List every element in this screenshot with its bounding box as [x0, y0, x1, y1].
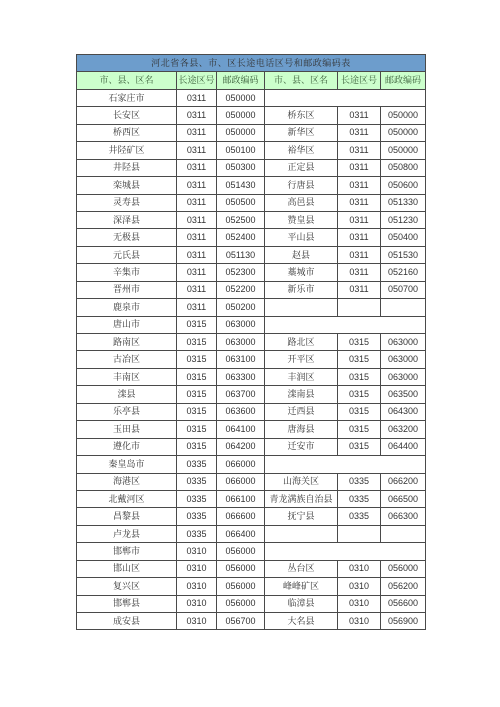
table-row: 鹿泉市0311050200 [77, 299, 426, 316]
area-code-cell: 0310 [338, 578, 381, 595]
postal-code-cell: 056000 [217, 595, 265, 612]
area-code-cell: 0315 [338, 386, 381, 403]
area-code-cell: 0311 [177, 124, 217, 141]
name-cell: 行唐县 [265, 177, 338, 194]
area-code-cell: 0335 [338, 473, 381, 490]
name-cell: 桥东区 [265, 107, 338, 124]
name-cell: 灵寿县 [77, 194, 177, 211]
name-cell: 邯郸市 [77, 543, 177, 560]
postal-code-cell: 050200 [217, 299, 265, 316]
merged-empty-cell [265, 543, 426, 560]
name-cell: 唐海县 [265, 421, 338, 438]
table-title: 河北省各县、市、区长途电话区号和邮政编码表 [77, 55, 426, 72]
table-row: 无极县0311052400平山县0311050400 [77, 229, 426, 246]
area-code-cell: 0310 [177, 560, 217, 577]
postal-code-cell: 050600 [381, 177, 426, 194]
table-row: 路南区0315063000路北区0315063000 [77, 334, 426, 351]
table-row: 海港区0335066000山海关区0335066200 [77, 473, 426, 490]
area-code-cell: 0311 [338, 177, 381, 194]
postal-code-cell: 066000 [217, 473, 265, 490]
name-cell: 遵化市 [77, 438, 177, 455]
postal-code-cell: 063000 [381, 334, 426, 351]
merged-empty-cell [265, 456, 426, 473]
area-code-cell: 0311 [177, 107, 217, 124]
name-cell: 无极县 [77, 229, 177, 246]
area-code-cell: 0335 [338, 490, 381, 507]
city-section-row: 石家庄市0311050000 [77, 89, 426, 106]
table-row: 北戴河区0335066100青龙满族自治县0335066500 [77, 490, 426, 507]
postal-code-cell: 056000 [217, 543, 265, 560]
merged-empty-cell [265, 89, 426, 106]
postal-code-cell: 050000 [217, 89, 265, 106]
name-cell: 赞皇县 [265, 211, 338, 228]
table-row: 玉田县0315064100唐海县0315063200 [77, 421, 426, 438]
area-code-cell: 0310 [177, 543, 217, 560]
name-cell: 正定县 [265, 159, 338, 176]
postal-code-cell: 056900 [381, 613, 426, 630]
name-cell: 井陉矿区 [77, 142, 177, 159]
name-cell: 成安县 [77, 613, 177, 630]
table-row: 灵寿县0311050500高邑县0311051330 [77, 194, 426, 211]
document-page: 河北省各县、市、区长途电话区号和邮政编码表 市、县、区名 长途区号 邮政编码 市… [0, 0, 500, 707]
postal-code-cell: 063000 [217, 334, 265, 351]
postal-code-cell: 063700 [217, 386, 265, 403]
name-cell: 路南区 [77, 334, 177, 351]
name-cell: 栾城县 [77, 177, 177, 194]
postal-code-cell: 066000 [217, 456, 265, 473]
area-code-cell: 0311 [338, 211, 381, 228]
name-cell: 卢龙县 [77, 525, 177, 542]
table-row: 滦县0315063700滦南县0315063500 [77, 386, 426, 403]
postal-code-cell: 056000 [217, 560, 265, 577]
table-row: 邯郸县0310056000临漳县0310056600 [77, 595, 426, 612]
table-row: 成安县0310056700大名县0310056900 [77, 613, 426, 630]
postal-code-cell: 066300 [381, 508, 426, 525]
city-section-row: 邯郸市0310056000 [77, 543, 426, 560]
city-section-row: 唐山市0315063000 [77, 316, 426, 333]
table-row: 古冶区0315063100开平区0315063000 [77, 351, 426, 368]
area-code-cell: 0315 [177, 403, 217, 420]
name-cell: 滦南县 [265, 386, 338, 403]
name-cell: 石家庄市 [77, 89, 177, 106]
name-cell: 滦县 [77, 386, 177, 403]
name-cell: 藁城市 [265, 264, 338, 281]
table-row: 遵化市0315064200迁安市0315064400 [77, 438, 426, 455]
name-cell: 裕华区 [265, 142, 338, 159]
area-code-cell: 0315 [338, 334, 381, 351]
area-code-cell: 0310 [177, 578, 217, 595]
area-code-cell: 0311 [338, 281, 381, 298]
name-cell: 辛集市 [77, 264, 177, 281]
area-code-cell: 0310 [338, 560, 381, 577]
table-row: 晋州市0311052200新乐市0311050700 [77, 281, 426, 298]
name-cell: 新乐市 [265, 281, 338, 298]
area-code-cell: 0315 [177, 334, 217, 351]
area-code-cell: 0311 [177, 281, 217, 298]
name-cell: 赵县 [265, 246, 338, 263]
postal-code-cell: 050100 [217, 142, 265, 159]
postal-code-cell: 066500 [381, 490, 426, 507]
area-code-cell: 0311 [177, 194, 217, 211]
postal-code-cell: 051230 [381, 211, 426, 228]
postal-code-cell: 063000 [381, 368, 426, 385]
name-cell: 鹿泉市 [77, 299, 177, 316]
area-code-cell: 0315 [338, 403, 381, 420]
postal-code-cell: 051430 [217, 177, 265, 194]
name-cell: 抚宁县 [265, 508, 338, 525]
area-code-cell: 0335 [177, 456, 217, 473]
area-code-cell: 0315 [177, 421, 217, 438]
name-cell: 峰峰矿区 [265, 578, 338, 595]
postal-code-cell: 056700 [217, 613, 265, 630]
area-code-cell: 0311 [177, 264, 217, 281]
name-cell: 秦皇岛市 [77, 456, 177, 473]
postal-code-cell: 050500 [217, 194, 265, 211]
postal-code-cell: 066100 [217, 490, 265, 507]
area-code-cell: 0311 [338, 142, 381, 159]
name-cell: 丰润区 [265, 368, 338, 385]
area-code-cell: 0311 [177, 159, 217, 176]
table-row: 深泽县0311052500赞皇县0311051230 [77, 211, 426, 228]
name-cell: 晋州市 [77, 281, 177, 298]
postal-code-cell: 063100 [217, 351, 265, 368]
postal-code-cell: 050700 [381, 281, 426, 298]
area-code-cell: 0315 [338, 438, 381, 455]
area-code-cell: 0315 [338, 351, 381, 368]
name-cell [265, 525, 338, 542]
area-code-cell: 0310 [338, 613, 381, 630]
area-code-cell: 0310 [338, 595, 381, 612]
area-code-cell: 0335 [177, 525, 217, 542]
name-cell: 丰南区 [77, 368, 177, 385]
area-code-cell: 0311 [177, 211, 217, 228]
table-row: 井陉县0311050300正定县0311050800 [77, 159, 426, 176]
table-row: 乐亭县0315063600迁西县0315064300 [77, 403, 426, 420]
name-cell: 深泽县 [77, 211, 177, 228]
table-title-row: 河北省各县、市、区长途电话区号和邮政编码表 [77, 55, 426, 72]
name-cell: 乐亭县 [77, 403, 177, 420]
postal-code-cell: 063500 [381, 386, 426, 403]
area-code-cell: 0335 [177, 473, 217, 490]
postal-code-cell: 051130 [217, 246, 265, 263]
postal-code-cell: 056000 [217, 578, 265, 595]
header-postal-right: 邮政编码 [381, 72, 426, 89]
name-cell: 古冶区 [77, 351, 177, 368]
name-cell: 井陉县 [77, 159, 177, 176]
postal-code-cell: 056200 [381, 578, 426, 595]
area-code-cell: 0311 [177, 299, 217, 316]
area-code-cell: 0311 [177, 142, 217, 159]
name-cell: 迁西县 [265, 403, 338, 420]
table-row: 邯山区0310056000丛台区0310056000 [77, 560, 426, 577]
postal-code-cell [381, 299, 426, 316]
header-name-right: 市、县、区名 [265, 72, 338, 89]
area-code-cell: 0311 [177, 246, 217, 263]
area-code-cell: 0335 [177, 490, 217, 507]
area-code-cell: 0315 [177, 386, 217, 403]
postal-code-cell: 050000 [381, 107, 426, 124]
postal-code-cell [381, 525, 426, 542]
name-cell: 邯郸县 [77, 595, 177, 612]
postal-code-cell: 050000 [381, 142, 426, 159]
name-cell: 高邑县 [265, 194, 338, 211]
table-row: 长安区0311050000桥东区0311050000 [77, 107, 426, 124]
postal-code-cell: 066600 [217, 508, 265, 525]
area-code-cell: 0311 [177, 229, 217, 246]
postal-code-cell: 063000 [381, 351, 426, 368]
table-row: 井陉矿区0311050100裕华区0311050000 [77, 142, 426, 159]
postal-code-cell: 050000 [381, 124, 426, 141]
table-header-row: 市、县、区名 长途区号 邮政编码 市、县、区名 长途区号 邮政编码 [77, 72, 426, 89]
postal-code-cell: 052400 [217, 229, 265, 246]
postal-code-cell: 066400 [217, 525, 265, 542]
postal-code-cell: 052300 [217, 264, 265, 281]
postal-code-cell: 056600 [381, 595, 426, 612]
postal-code-cell: 063600 [217, 403, 265, 420]
postal-code-cell: 050400 [381, 229, 426, 246]
header-areacode-left: 长途区号 [177, 72, 217, 89]
name-cell: 长安区 [77, 107, 177, 124]
area-code-cell: 0315 [177, 351, 217, 368]
area-code-cell: 0311 [338, 107, 381, 124]
name-cell: 北戴河区 [77, 490, 177, 507]
area-code-cell [338, 525, 381, 542]
area-code-cell: 0335 [177, 508, 217, 525]
postal-code-cell: 063000 [217, 316, 265, 333]
postal-code-cell: 050000 [217, 107, 265, 124]
table-row: 复兴区0310056000峰峰矿区0310056200 [77, 578, 426, 595]
header-name-left: 市、县、区名 [77, 72, 177, 89]
postal-code-cell: 052160 [381, 264, 426, 281]
area-code-cell: 0311 [338, 264, 381, 281]
header-postal-left: 邮政编码 [217, 72, 265, 89]
name-cell: 山海关区 [265, 473, 338, 490]
postal-code-cell: 064100 [217, 421, 265, 438]
area-code-cell: 0311 [338, 229, 381, 246]
area-code-postal-table: 河北省各县、市、区长途电话区号和邮政编码表 市、县、区名 长途区号 邮政编码 市… [76, 54, 426, 630]
postal-code-cell: 050000 [217, 124, 265, 141]
name-cell: 平山县 [265, 229, 338, 246]
table-row: 栾城县0311051430行唐县0311050600 [77, 177, 426, 194]
name-cell: 路北区 [265, 334, 338, 351]
area-code-cell: 0310 [177, 595, 217, 612]
name-cell: 唐山市 [77, 316, 177, 333]
area-code-cell: 0311 [177, 89, 217, 106]
area-code-cell [338, 299, 381, 316]
name-cell: 临漳县 [265, 595, 338, 612]
table-row: 丰南区0315063300丰润区0315063000 [77, 368, 426, 385]
name-cell [265, 299, 338, 316]
area-code-cell: 0315 [338, 421, 381, 438]
postal-code-cell: 064200 [217, 438, 265, 455]
name-cell: 迁安市 [265, 438, 338, 455]
postal-code-cell: 050800 [381, 159, 426, 176]
area-code-cell: 0311 [338, 124, 381, 141]
postal-code-cell: 064300 [381, 403, 426, 420]
name-cell: 桥西区 [77, 124, 177, 141]
name-cell: 新华区 [265, 124, 338, 141]
area-code-cell: 0311 [338, 159, 381, 176]
name-cell: 邯山区 [77, 560, 177, 577]
name-cell: 开平区 [265, 351, 338, 368]
table-row: 卢龙县0335066400 [77, 525, 426, 542]
city-section-row: 秦皇岛市0335066000 [77, 456, 426, 473]
postal-code-cell: 056000 [381, 560, 426, 577]
table-row: 元氏县0311051130赵县0311051530 [77, 246, 426, 263]
merged-empty-cell [265, 316, 426, 333]
postal-code-cell: 052200 [217, 281, 265, 298]
area-code-cell: 0315 [177, 438, 217, 455]
postal-code-cell: 051530 [381, 246, 426, 263]
postal-code-cell: 051330 [381, 194, 426, 211]
name-cell: 青龙满族自治县 [265, 490, 338, 507]
name-cell: 玉田县 [77, 421, 177, 438]
area-code-cell: 0335 [338, 508, 381, 525]
table-row: 辛集市0311052300藁城市0311052160 [77, 264, 426, 281]
postal-code-cell: 063300 [217, 368, 265, 385]
area-code-cell: 0311 [338, 246, 381, 263]
area-code-cell: 0315 [177, 368, 217, 385]
postal-code-cell: 064400 [381, 438, 426, 455]
table-row: 桥西区0311050000新华区0311050000 [77, 124, 426, 141]
postal-code-cell: 052500 [217, 211, 265, 228]
postal-code-cell: 050300 [217, 159, 265, 176]
name-cell: 复兴区 [77, 578, 177, 595]
area-code-cell: 0311 [338, 194, 381, 211]
header-areacode-right: 长途区号 [338, 72, 381, 89]
name-cell: 元氏县 [77, 246, 177, 263]
name-cell: 大名县 [265, 613, 338, 630]
name-cell: 海港区 [77, 473, 177, 490]
postal-code-cell: 066200 [381, 473, 426, 490]
area-code-cell: 0311 [177, 177, 217, 194]
name-cell: 昌黎县 [77, 508, 177, 525]
postal-code-cell: 063200 [381, 421, 426, 438]
name-cell: 丛台区 [265, 560, 338, 577]
area-code-cell: 0315 [177, 316, 217, 333]
table-row: 昌黎县0335066600抚宁县0335066300 [77, 508, 426, 525]
area-code-cell: 0315 [338, 368, 381, 385]
area-code-cell: 0310 [177, 613, 217, 630]
